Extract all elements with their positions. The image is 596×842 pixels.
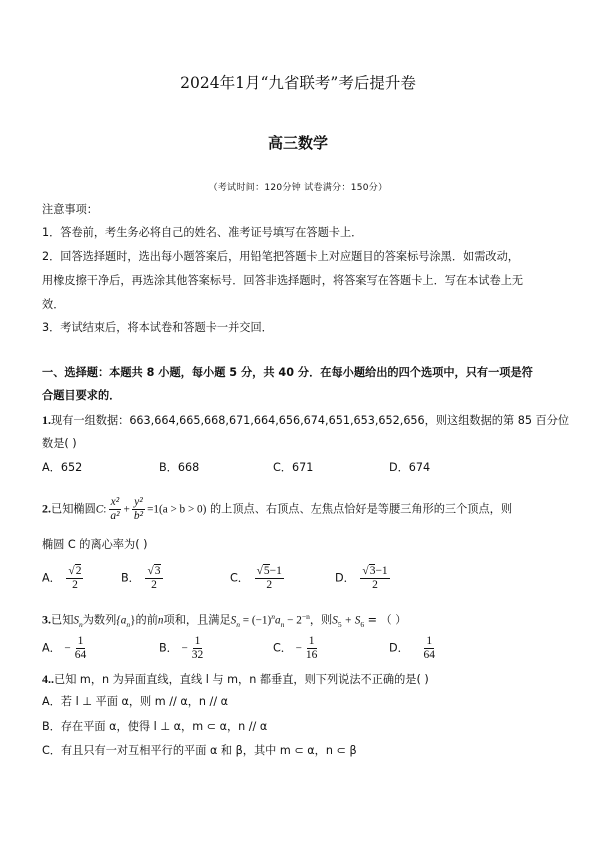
q2-option-a: A． √22 — [42, 565, 85, 592]
note-item-2-cont: 用橡皮擦干净后，再选涂其他答案标号．回答非选择题时，将答案写在答题卡上．写在本试… — [42, 274, 523, 288]
q2-option-c: C． √5−12 — [230, 565, 286, 592]
question-1-stem: 1.现有一组数据：663,664,665,668,671,664,656,674… — [42, 413, 569, 428]
document-subtitle: 高三数学 — [0, 132, 596, 153]
note-item-2: 2．回答选择题时，选出每小题答案后，用铅笔把答题卡上对应题目的答案标号涂黑．如需… — [42, 250, 519, 264]
q3-option-a: A． −164 — [42, 635, 90, 662]
q4-option-b: B．存在平面 α，使得 l ⊥ α，m ⊂ α，n // α — [42, 720, 267, 734]
question-3-stem: 3.已知Sn为数列{an}的前n项和，且满足Sn = (−1)nan − 2−n… — [42, 610, 406, 632]
question-number: 4.. — [42, 672, 54, 686]
question-4-stem: 4..已知 m，n 为异面直线，直线 l 与 m，n 都垂直，则下列说法不正确的… — [42, 672, 429, 687]
question-1-stem-cont: 数是( ) — [42, 437, 77, 451]
question-2-stem-cont: 椭圆 C 的离心率为( ) — [42, 538, 148, 552]
q4-option-c: C．有且只有一对互相平行的平面 α 和 β，其中 m ⊂ α，n ⊂ β — [42, 744, 357, 758]
note-item-1: 1．答卷前，考生务必将自己的姓名、准考证号填写在答题卡上． — [42, 226, 362, 240]
q1-option-d: D．674 — [389, 461, 430, 475]
q4-option-a: A．若 l ⊥ 平面 α，则 m // α，n // α — [42, 695, 228, 709]
section-heading: 一、选择题：本题共 8 小题，每小题 5 分，共 40 分．在每小题给出的四个选… — [42, 366, 533, 380]
equation-condition: =1(a > b > 0) — [147, 504, 206, 516]
question-text: 已知椭圆 — [51, 503, 96, 516]
notes-heading: 注意事项： — [42, 203, 98, 217]
section-heading-cont: 合题目要求的． — [42, 389, 120, 403]
fraction-x2-a2: x²a² — [108, 496, 121, 523]
q3-option-c: C． −116 — [273, 635, 321, 662]
exam-info: （考试时间：120分钟 试卷满分：150分） — [0, 180, 596, 193]
q1-option-b: B．668 — [159, 461, 199, 475]
question-text: 现有一组数据：663,664,665,668,671,664,656,674,6… — [51, 414, 569, 427]
question-number: 1. — [42, 413, 51, 427]
question-text: 已知 m，n 为异面直线，直线 l 与 m，n 都垂直，则下列说法不正确的是( … — [54, 673, 429, 686]
note-item-2-end: 效． — [42, 298, 64, 312]
q3-option-b: B． −132 — [159, 635, 207, 662]
q3-option-d: D． 164 — [389, 635, 439, 662]
q2-option-b: B． √32 — [121, 565, 165, 592]
fraction-y2-b2: y²b² — [132, 496, 145, 523]
question-number: 3. — [42, 613, 51, 627]
note-item-3: 3．考试结束后，将本试卷和答题卡一并交回． — [42, 321, 273, 335]
q2-option-d: D． √3−12 — [335, 565, 392, 592]
document-title: 2024年1月“九省联考”考后提升卷 — [0, 71, 596, 93]
q1-option-a: A．652 — [42, 461, 82, 475]
question-number: 2. — [42, 502, 51, 516]
question-2-stem: 2.已知椭圆C:x²a²+y²b²=1(a > b > 0) 的上顶点、右顶点、… — [42, 496, 512, 523]
q1-option-c: C．671 — [273, 461, 313, 475]
question-text: 的上顶点、右顶点、左焦点恰好是等腰三角形的三个顶点，则 — [206, 503, 512, 516]
